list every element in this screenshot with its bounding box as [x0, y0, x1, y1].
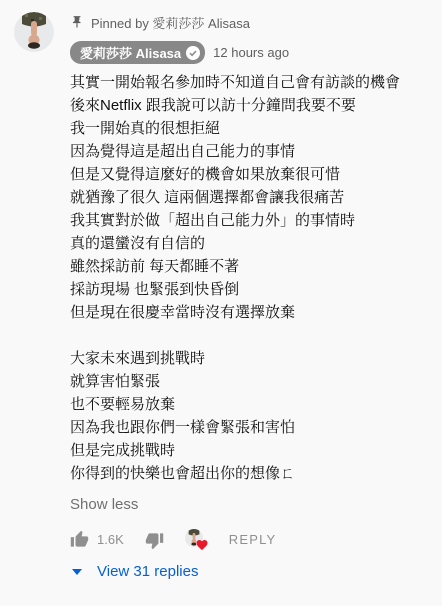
- comment-line: 我其實對於做「超出自己能力外」的事情時: [70, 209, 430, 232]
- comment-line: 大家未來遇到挑戰時: [70, 347, 430, 370]
- heart-icon: [195, 538, 209, 552]
- comment-line: [70, 324, 430, 347]
- author-badge[interactable]: 愛莉莎莎 Alisasa: [70, 41, 205, 64]
- comment-line: 真的還蠻沒有自信的: [70, 232, 430, 255]
- comment-line: 但是又覺得這麼好的機會如果放棄很可惜: [70, 163, 430, 186]
- comment-header: 愛莉莎莎 Alisasa 12 hours ago: [70, 42, 430, 63]
- timestamp[interactable]: 12 hours ago: [213, 45, 289, 60]
- avatar[interactable]: [14, 12, 54, 52]
- pushpin-icon: [70, 15, 84, 29]
- comment-line: 但是完成挑戰時: [70, 439, 430, 462]
- pinned-label: Pinned by 愛莉莎莎 Alisasa: [91, 13, 250, 32]
- comment-content: Pinned by 愛莉莎莎 Alisasa 愛莉莎莎 Alisasa 12 h…: [70, 12, 430, 580]
- comment-line: 就猶豫了很久 這兩個選擇都會讓我很痛苦: [70, 186, 430, 209]
- pinned-comment: Pinned by 愛莉莎莎 Alisasa 愛莉莎莎 Alisasa 12 h…: [0, 0, 442, 580]
- comment-thread: Pinned by 愛莉莎莎 Alisasa 愛莉莎莎 Alisasa 12 h…: [0, 0, 442, 606]
- caret-down-icon: [72, 569, 82, 575]
- author-name: 愛莉莎莎 Alisasa: [80, 43, 181, 62]
- verified-check-icon: [186, 46, 200, 60]
- comment-line: 但是現在很慶幸當時沒有選擇放棄: [70, 301, 430, 324]
- dislike-button[interactable]: [145, 531, 164, 550]
- like-button[interactable]: [70, 530, 89, 549]
- reply-button[interactable]: REPLY: [229, 532, 277, 547]
- comment-body: 其實一開始報名參加時不知道自己會有訪談的機會後來Netflix 跟我說可以訪十分…: [70, 71, 430, 485]
- view-replies-button[interactable]: View 31 replies: [70, 563, 198, 580]
- show-less-button[interactable]: Show less: [70, 496, 138, 513]
- comment-line: 因為我也跟你們一樣會緊張和害怕: [70, 416, 430, 439]
- avatar-image: [14, 12, 54, 52]
- thumb-up-icon: [70, 530, 89, 549]
- comment-line: 就算害怕緊張: [70, 370, 430, 393]
- comment-line: 其實一開始報名參加時不知道自己會有訪談的機會: [70, 71, 430, 94]
- comment-line: 後來Netflix 跟我說可以訪十分鐘問我要不要: [70, 94, 430, 117]
- comment-actions: 1.6K: [70, 528, 430, 550]
- comment-line: 雖然採訪前 每天都睡不著: [70, 255, 430, 278]
- like-count: 1.6K: [97, 532, 124, 547]
- comment-line: 也不要輕易放棄: [70, 393, 430, 416]
- comment-line: 我一開始真的很想拒絕: [70, 117, 430, 140]
- comment-line: 因為覺得這是超出自己能力的事情: [70, 140, 430, 163]
- pinned-row: Pinned by 愛莉莎莎 Alisasa: [70, 14, 430, 30]
- comment-line: 採訪現場 也緊張到快昏倒: [70, 278, 430, 301]
- creator-heart-button[interactable]: [185, 529, 205, 549]
- view-replies-label: View 31 replies: [97, 563, 198, 580]
- thumb-down-icon: [145, 531, 164, 550]
- comment-line: 你得到的快樂也會超出你的想像ㄈ: [70, 462, 430, 485]
